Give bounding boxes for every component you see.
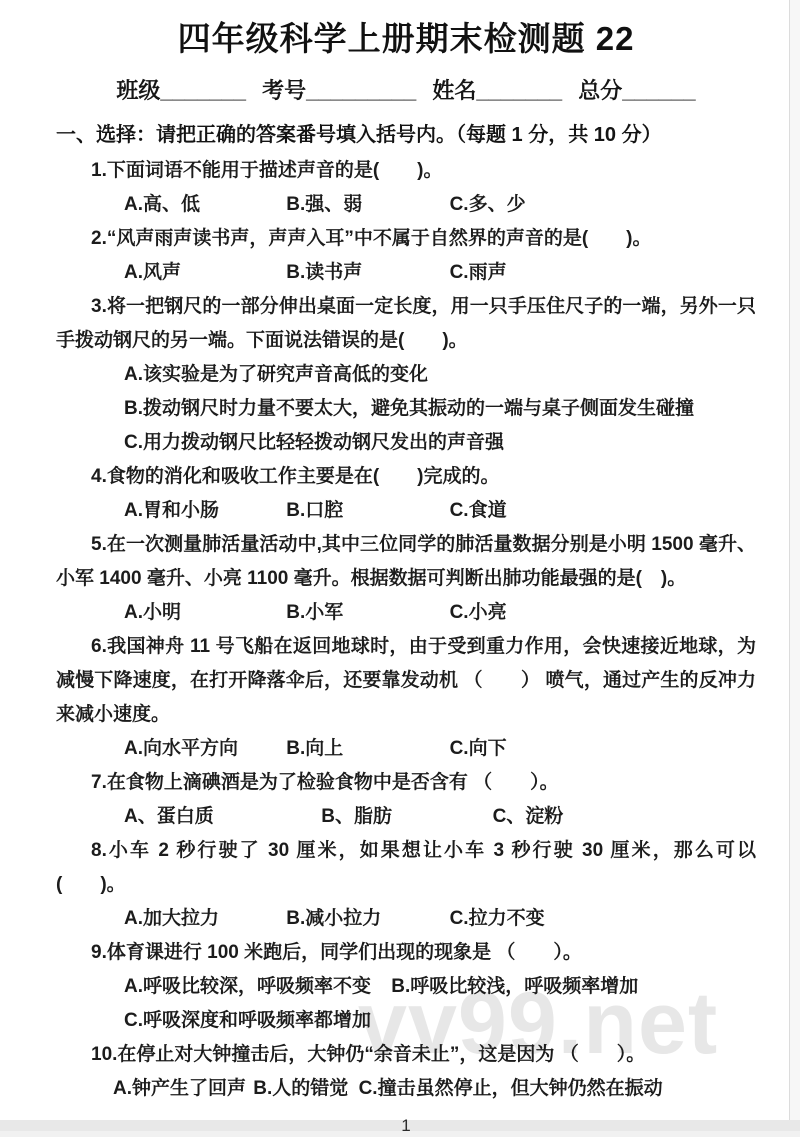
option-c: C.雨声 bbox=[450, 256, 507, 290]
question-3: 3.将一把钢尺的一部分伸出桌面一定长度，用一只手压住尺子的一端，另外一只手拨动钢… bbox=[56, 290, 756, 460]
question-options: A.胃和小肠 B.口腔 C.食道 bbox=[56, 494, 756, 528]
question-text: 10.在停止对大钟撞击后，大钟仍“余音未止”，这是因为 （ ）。 bbox=[56, 1038, 756, 1072]
question-options: C.用力拨动钢尺比轻轻拨动钢尺发出的声音强 bbox=[56, 426, 756, 460]
question-options: A.钟产生了回声 B.人的错觉 C.撞击虽然停止，但大钟仍然在振动 bbox=[56, 1072, 756, 1106]
question-text: 7.在食物上滴碘酒是为了检验食物中是否含有 （ ）。 bbox=[56, 766, 756, 800]
student-info-row: 班级_______ 考号_________ 姓名_______ 总分______ bbox=[56, 76, 756, 106]
option-b: B、脂肪 bbox=[321, 800, 487, 834]
page-number: 1 bbox=[56, 1116, 756, 1136]
question-list: 1.下面词语不能用于描述声音的是( )。 A.高、低 B.强、弱 C.多、少 2… bbox=[56, 154, 756, 1106]
question-10: 10.在停止对大钟撞击后，大钟仍“余音未止”，这是因为 （ ）。 A.钟产生了回… bbox=[56, 1038, 756, 1106]
question-5: 5.在一次测量肺活量活动中,其中三位同学的肺活量数据分别是小明 1500 毫升、… bbox=[56, 528, 756, 630]
question-text: 8.小车 2 秒行驶了 30 厘米，如果想让小车 3 秒行驶 30 厘米，那么可… bbox=[56, 834, 756, 902]
question-text: 9.体育课进行 100 米跑后，同学们出现的现象是 （ ）。 bbox=[56, 936, 756, 970]
option-b: B.拨动钢尺时力量不要太大，避免其振动的一端与桌子侧面发生碰撞 bbox=[124, 392, 694, 426]
question-options: A.呼吸比较深，呼吸频率不变 B.呼吸比较浅，呼吸频率增加 bbox=[56, 970, 756, 1004]
option-a: A.胃和小肠 bbox=[124, 494, 281, 528]
total-score-field: 总分______ bbox=[578, 78, 695, 103]
option-a: A.钟产生了回声 bbox=[113, 1072, 248, 1106]
option-a: A.小明 bbox=[124, 596, 281, 630]
option-c: C.拉力不变 bbox=[450, 902, 545, 936]
option-a: A.该实验是为了研究声音高低的变化 bbox=[124, 358, 428, 392]
option-a: A.风声 bbox=[124, 256, 281, 290]
exam-number-field: 考号_________ bbox=[262, 78, 416, 103]
option-a: A.呼吸比较深，呼吸频率不变 bbox=[124, 970, 386, 1004]
question-options: A.高、低 B.强、弱 C.多、少 bbox=[56, 188, 756, 222]
question-options: A.加大拉力 B.减小拉力 C.拉力不变 bbox=[56, 902, 756, 936]
option-c: C.食道 bbox=[450, 494, 507, 528]
option-b: B.强、弱 bbox=[286, 188, 444, 222]
question-text: 4.食物的消化和吸收工作主要是在( )完成的。 bbox=[56, 460, 756, 494]
question-options: A.该实验是为了研究声音高低的变化 bbox=[56, 358, 756, 392]
page-title: 四年级科学上册期末检测题 22 bbox=[56, 16, 756, 62]
question-4: 4.食物的消化和吸收工作主要是在( )完成的。 A.胃和小肠 B.口腔 C.食道 bbox=[56, 460, 756, 528]
question-options: A、蛋白质 B、脂肪 C、淀粉 bbox=[56, 800, 756, 834]
option-c: C、淀粉 bbox=[493, 800, 564, 834]
question-9: 9.体育课进行 100 米跑后，同学们出现的现象是 （ ）。 A.呼吸比较深，呼… bbox=[56, 936, 756, 1038]
option-b: B.人的错觉 bbox=[253, 1072, 353, 1106]
option-b: B.小军 bbox=[286, 596, 444, 630]
question-options: A.风声 B.读书声 C.雨声 bbox=[56, 256, 756, 290]
section-heading: 一、选择：请把正确的答案番号填入括号内。（每题 1 分，共 10 分） bbox=[56, 120, 756, 150]
question-text: 5.在一次测量肺活量活动中,其中三位同学的肺活量数据分别是小明 1500 毫升、… bbox=[56, 528, 756, 596]
question-8: 8.小车 2 秒行驶了 30 厘米，如果想让小车 3 秒行驶 30 厘米，那么可… bbox=[56, 834, 756, 936]
option-a: A.高、低 bbox=[124, 188, 281, 222]
option-c: C.多、少 bbox=[450, 188, 526, 222]
option-c: C.小亮 bbox=[450, 596, 507, 630]
option-a: A、蛋白质 bbox=[124, 800, 316, 834]
name-field: 姓名_______ bbox=[432, 78, 562, 103]
option-b: B.向上 bbox=[286, 732, 444, 766]
question-text: 1.下面词语不能用于描述声音的是( )。 bbox=[56, 154, 756, 188]
exam-paper-page: vv99.net 四年级科学上册期末检测题 22 班级_______ 考号___… bbox=[0, 0, 800, 1137]
question-text: 2.“风声雨声读书声，声声入耳”中不属于自然界的声音的是( )。 bbox=[56, 222, 756, 256]
option-a: A.加大拉力 bbox=[124, 902, 281, 936]
option-c: C.向下 bbox=[450, 732, 507, 766]
question-7: 7.在食物上滴碘酒是为了检验食物中是否含有 （ ）。 A、蛋白质 B、脂肪 C、… bbox=[56, 766, 756, 834]
option-b: B.减小拉力 bbox=[286, 902, 444, 936]
class-field: 班级_______ bbox=[116, 78, 246, 103]
question-text: 6.我国神舟 11 号飞船在返回地球时，由于受到重力作用，会快速接近地球，为减慢… bbox=[56, 630, 756, 732]
question-text: 3.将一把钢尺的一部分伸出桌面一定长度，用一只手压住尺子的一端，另外一只手拨动钢… bbox=[56, 290, 756, 358]
option-c: C.用力拨动钢尺比轻轻拨动钢尺发出的声音强 bbox=[124, 426, 504, 460]
question-6: 6.我国神舟 11 号飞船在返回地球时，由于受到重力作用，会快速接近地球，为减慢… bbox=[56, 630, 756, 766]
option-b: B.呼吸比较浅，呼吸频率增加 bbox=[391, 970, 638, 1004]
page-content: 四年级科学上册期末检测题 22 班级_______ 考号_________ 姓名… bbox=[0, 0, 800, 1136]
question-options: A.小明 B.小军 C.小亮 bbox=[56, 596, 756, 630]
question-2: 2.“风声雨声读书声，声声入耳”中不属于自然界的声音的是( )。 A.风声 B.… bbox=[56, 222, 756, 290]
question-options: B.拨动钢尺时力量不要太大，避免其振动的一端与桌子侧面发生碰撞 bbox=[56, 392, 756, 426]
option-b: B.口腔 bbox=[286, 494, 444, 528]
option-c: C.呼吸深度和呼吸频率都增加 bbox=[124, 1004, 371, 1038]
question-options: A.向水平方向 B.向上 C.向下 bbox=[56, 732, 756, 766]
question-1: 1.下面词语不能用于描述声音的是( )。 A.高、低 B.强、弱 C.多、少 bbox=[56, 154, 756, 222]
option-b: B.读书声 bbox=[286, 256, 444, 290]
option-c: C.撞击虽然停止，但大钟仍然在振动 bbox=[359, 1072, 663, 1106]
question-options: C.呼吸深度和呼吸频率都增加 bbox=[56, 1004, 756, 1038]
option-a: A.向水平方向 bbox=[124, 732, 281, 766]
